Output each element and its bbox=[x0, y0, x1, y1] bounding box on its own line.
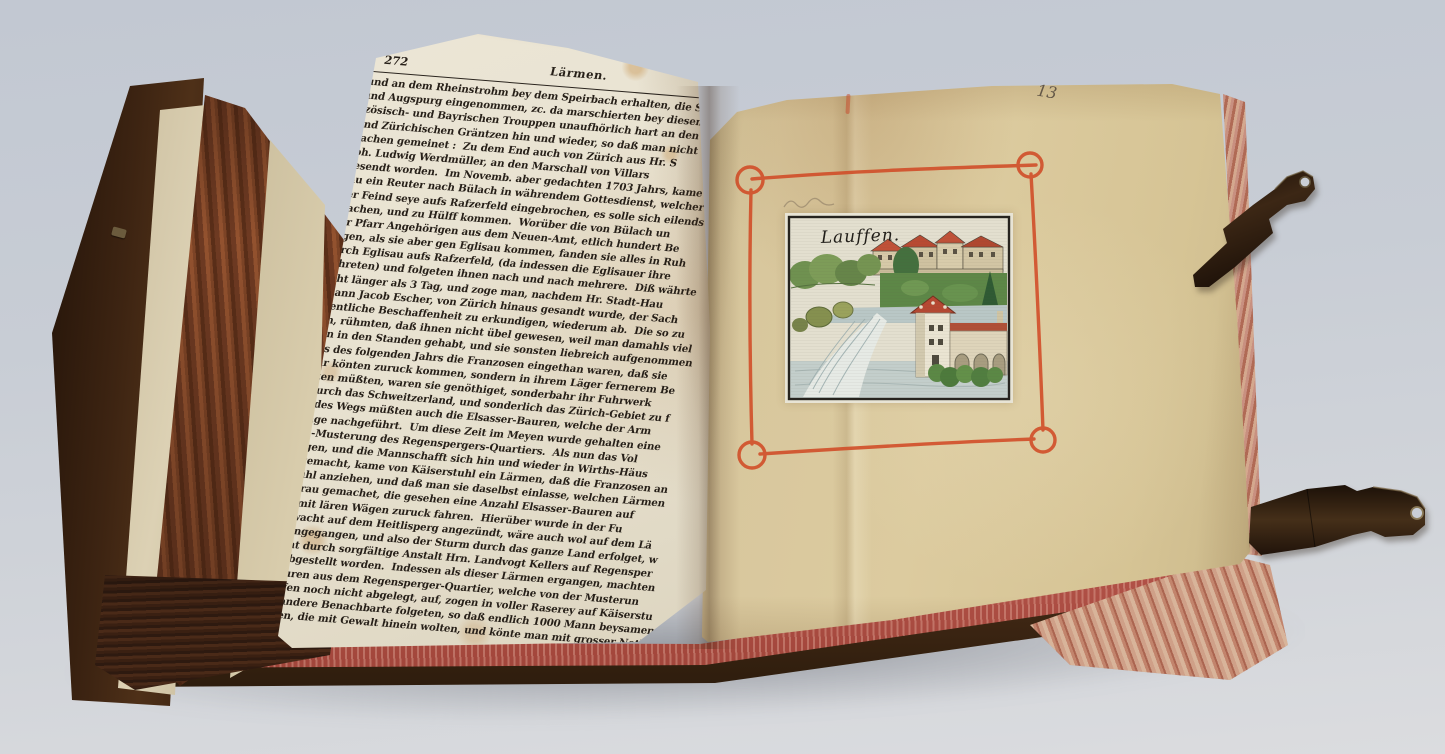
clasp-bottom bbox=[1245, 455, 1445, 605]
clasp-top bbox=[1175, 155, 1345, 315]
left-page: 272 Lärmen. und an dem Rheinstrohm bey d… bbox=[278, 30, 714, 652]
page-number: 272 bbox=[383, 53, 410, 69]
book-photo: Lauffen. 13 272 Lärmen. und an dem Rhein… bbox=[0, 0, 1445, 754]
engraving: Lauffen. bbox=[785, 213, 1013, 403]
engraving-caption: Lauffen. bbox=[819, 225, 900, 248]
right-page: Lauffen. bbox=[692, 82, 1254, 647]
running-title: Lärmen. bbox=[549, 64, 610, 82]
pencil-squiggle bbox=[782, 195, 842, 213]
